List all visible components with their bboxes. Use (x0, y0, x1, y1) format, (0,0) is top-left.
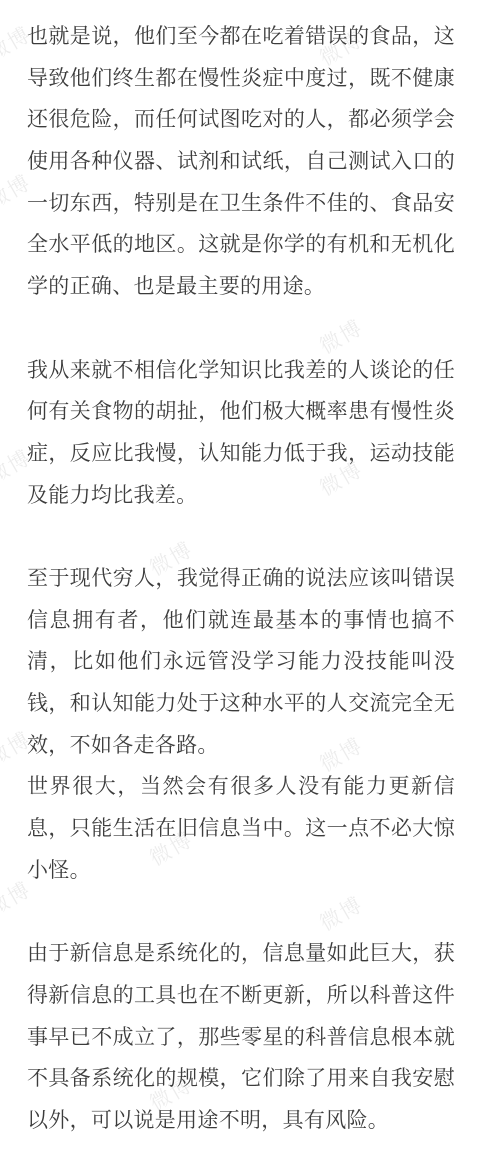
text-line: 息，只能生活在旧信息当中。这一点不必大惊 (27, 808, 455, 850)
text-line: 全水平低的地区。这就是你学的有机和无机化 (27, 224, 455, 266)
text-line: 一切东西，特别是在卫生条件不佳的、食品安 (27, 183, 455, 225)
text-line: 钱，和认知能力处于这种水平的人交流完全无 (27, 683, 455, 725)
text-line: 至于现代穷人，我觉得正确的说法应该叫错误 (27, 558, 455, 600)
text-line: 及能力均比我差。 (27, 475, 455, 517)
text-line: 清，比如他们永远管没学习能力没技能叫没 (27, 641, 455, 683)
text-line: 症，反应比我慢，认知能力低于我，运动技能 (27, 433, 455, 475)
paragraph: 由于新信息是系统化的，信息量如此巨大，获得新信息的工具也在不断更新，所以科普这件… (27, 933, 455, 1141)
text-line: 世界很大，当然会有很多人没有能力更新信 (27, 766, 455, 808)
text-line: 信息拥有者，他们就连最基本的事情也搞不 (27, 600, 455, 642)
text-line: 以外，可以说是用途不明，具有风险。 (27, 1100, 455, 1142)
text-line: 还很危险，而任何试图吃对的人，都必须学会 (27, 99, 455, 141)
text-line: 学的正确、也是最主要的用途。 (27, 266, 455, 308)
text-line: 事早已不成立了，那些零星的科普信息根本就 (27, 1017, 455, 1059)
text-line: 导致他们终生都在慢性炎症中度过，既不健康 (27, 58, 455, 100)
text-line: 也就是说，他们至今都在吃着错误的食品，这 (27, 16, 455, 58)
paragraph: 我从来就不相信化学知识比我差的人谈论的任何有关食物的胡扯，他们极大概率患有慢性炎… (27, 350, 455, 517)
text-line: 使用各种仪器、试剂和试纸，自己测试入口的 (27, 141, 455, 183)
paragraph: 至于现代穷人，我觉得正确的说法应该叫错误信息拥有者，他们就连最基本的事情也搞不清… (27, 558, 455, 892)
text-line: 不具备系统化的规模，它们除了用来自我安慰 (27, 1058, 455, 1100)
post-text: 也就是说，他们至今都在吃着错误的食品，这导致他们终生都在慢性炎症中度过，既不健康… (27, 16, 455, 1142)
text-line: 得新信息的工具也在不断更新，所以科普这件 (27, 975, 455, 1017)
text-line: 何有关食物的胡扯，他们极大概率患有慢性炎 (27, 391, 455, 433)
text-line: 小怪。 (27, 850, 455, 892)
text-line: 我从来就不相信化学知识比我差的人谈论的任 (27, 350, 455, 392)
paragraph: 也就是说，他们至今都在吃着错误的食品，这导致他们终生都在慢性炎症中度过，既不健康… (27, 16, 455, 308)
weibo-longtext-image: 微博微博微博微博微博微博微博微博微博微博微博微博微博 也就是说，他们至今都在吃着… (0, 0, 482, 1168)
text-line: 效，不如各走各路。 (27, 725, 455, 767)
text-line: 由于新信息是系统化的，信息量如此巨大，获 (27, 933, 455, 975)
